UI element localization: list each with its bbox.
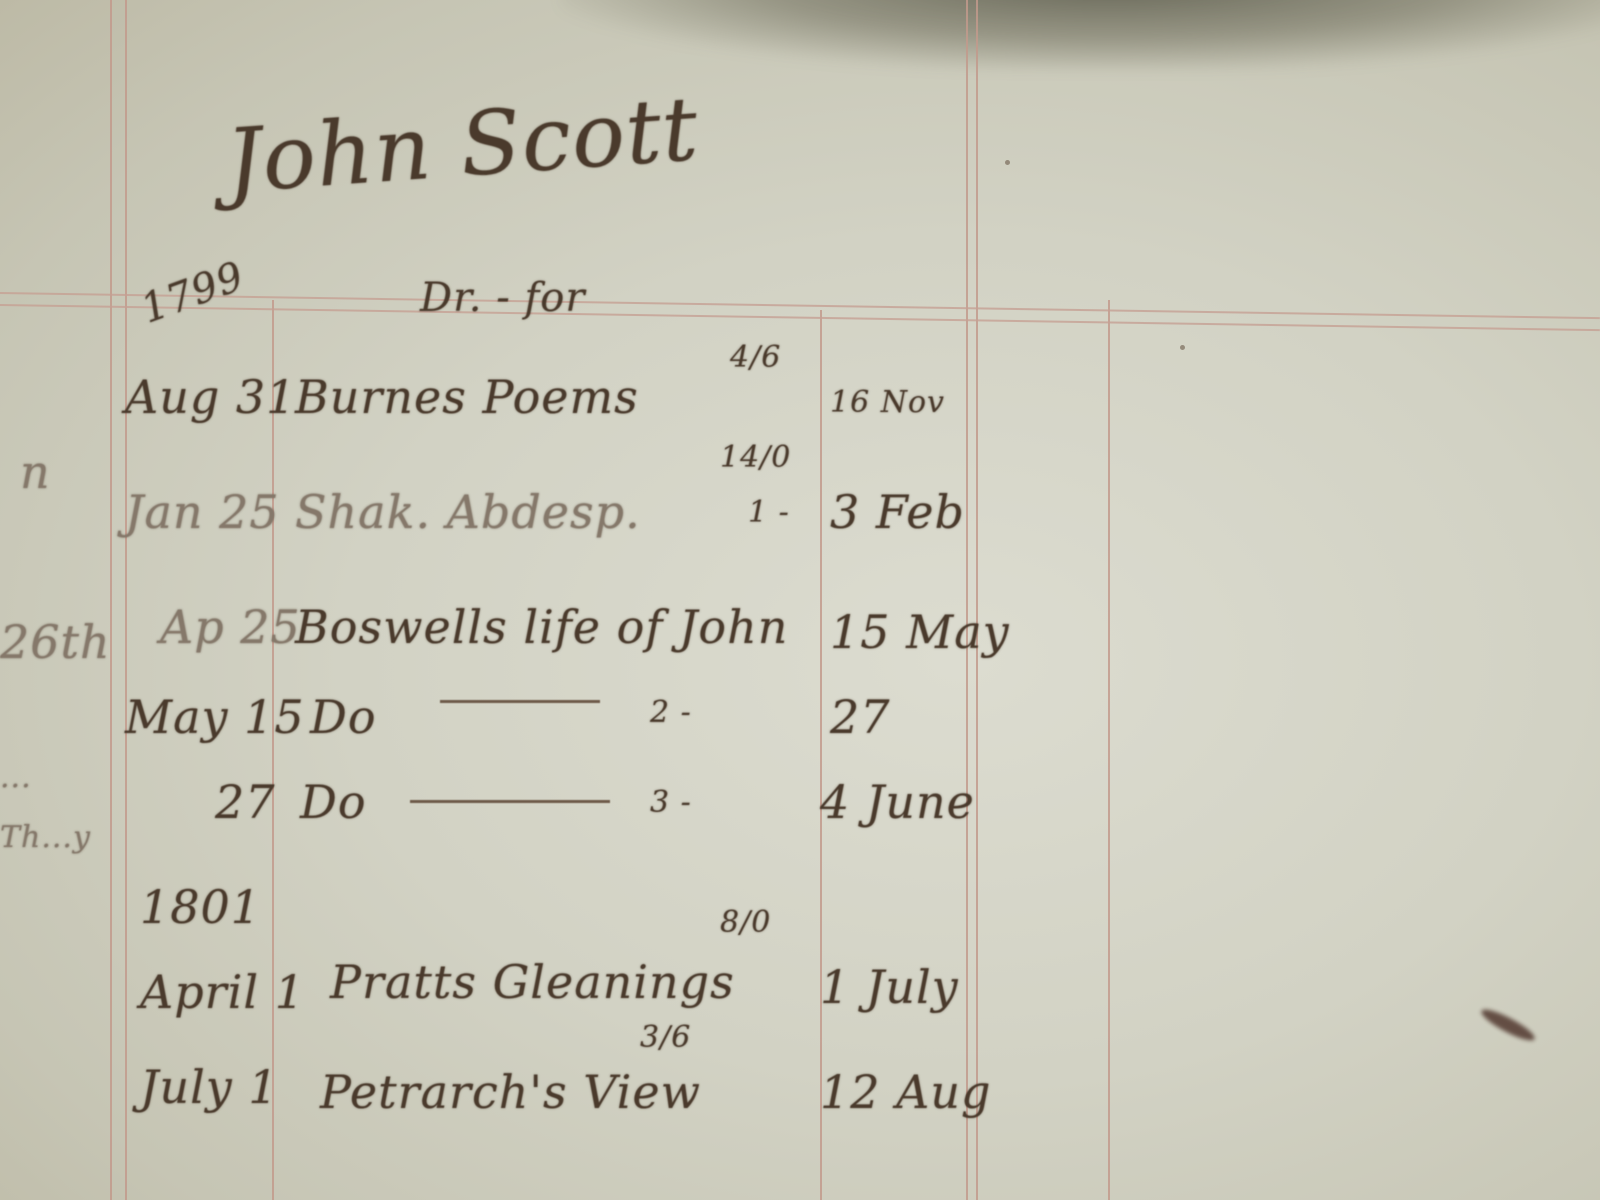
entry-date: Aug 31 (125, 370, 296, 424)
entry-return-date: 3 Feb (830, 485, 965, 539)
entry-description: Pratts Gleanings (330, 955, 735, 1009)
entry-price: 8/0 (720, 905, 771, 940)
header-rule-bottom (0, 304, 1600, 331)
entry-description: Burnes Poems (295, 370, 639, 424)
ledger-rule-left-2 (125, 0, 127, 1200)
ledger-rule-left-1 (110, 0, 112, 1200)
entry-date: Ap 25 (160, 600, 301, 654)
entry-date: April 1 (140, 965, 305, 1019)
entry-price: 3/6 (640, 1020, 691, 1055)
paper-speck (1005, 160, 1010, 165)
entry-date: May 15 (125, 690, 305, 744)
ditto-dash (440, 700, 600, 703)
header-year: 1799 (135, 253, 250, 332)
entry-sub: 3 - (650, 785, 692, 820)
entry-date: July 1 (140, 1060, 279, 1114)
entry-return-date: 1 July (820, 960, 959, 1014)
entry-date: 27 (215, 775, 276, 829)
ledger-rule-right-2 (976, 0, 978, 1200)
margin-fragment: ... (0, 760, 32, 795)
entry-return-date: 27 (830, 690, 891, 744)
entry-description: Do (300, 775, 367, 829)
ditto-dash (410, 800, 610, 803)
water-stain (560, 0, 1600, 70)
entry-return-date: 16 Nov (830, 385, 945, 420)
entry-year: 1801 (140, 880, 261, 934)
account-name: John Scott (223, 77, 702, 213)
ink-blot (1478, 1005, 1538, 1046)
header-column-label: Dr. - for (420, 275, 585, 321)
entry-description: Petrarch's View (320, 1065, 701, 1119)
entry-date: Jan 25 (125, 485, 280, 539)
entry-description: Shak. Abdesp. (295, 485, 641, 539)
entry-return-date: 4 June (820, 775, 975, 829)
entry-description: Boswells life of John (295, 600, 788, 654)
entry-price: 4/6 (730, 340, 781, 375)
margin-fragment: 26th (0, 615, 111, 669)
entry-price: 14/0 (720, 440, 791, 475)
entry-return-date: 12 Aug (820, 1065, 991, 1119)
entry-sub: 1 - (748, 495, 790, 530)
ledger-rule-far-right (1108, 300, 1110, 1200)
margin-fragment: Th...y (0, 820, 91, 855)
paper-speck (1180, 345, 1185, 350)
entry-sub: 2 - (650, 695, 692, 730)
margin-fragment: n (20, 445, 51, 499)
ledger-rule-right-1 (966, 0, 968, 1200)
entry-description: Do (310, 690, 377, 744)
entry-return-date: 15 May (830, 605, 1010, 659)
